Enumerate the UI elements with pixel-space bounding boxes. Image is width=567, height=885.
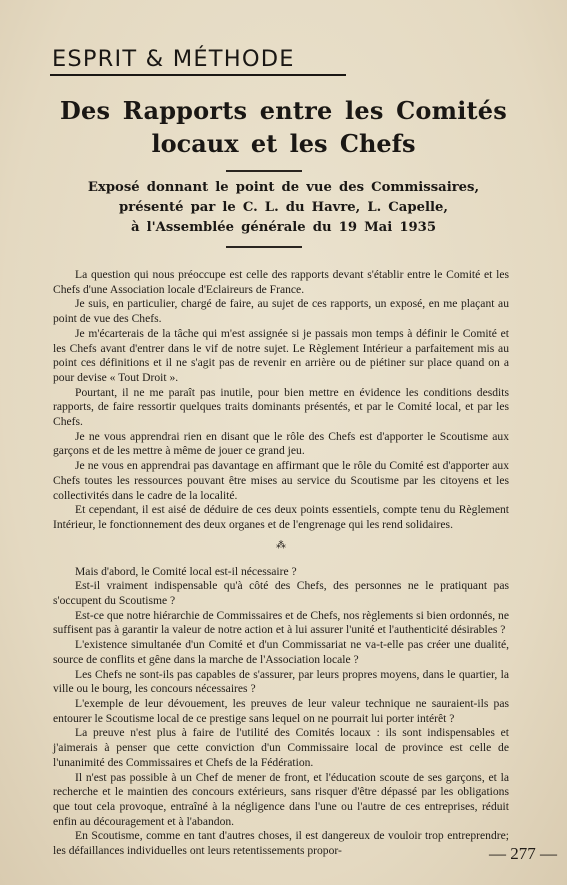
article-body: La question qui nous préoccupe est celle… (53, 268, 509, 859)
article-subtitle: Exposé donnant le point de vue des Commi… (40, 178, 527, 238)
paragraph: Est-il vraiment indispensable qu'à côté … (53, 579, 509, 608)
paragraph: L'existence simultanée d'un Comité et d'… (53, 638, 509, 667)
paragraph: La question qui nous préoccupe est celle… (53, 268, 509, 297)
paragraph: Je ne vous apprendrai rien en disant que… (53, 430, 509, 459)
paragraph: Il n'est pas possible à un Chef de mener… (53, 771, 509, 830)
paragraph: Est-ce que notre hiérarchie de Commissai… (53, 609, 509, 638)
title-line-1: Des Rapports entre les Comités (40, 94, 527, 127)
paragraph: La preuve n'est plus à faire de l'utilit… (53, 726, 509, 770)
article-title: Des Rapports entre les Comités locaux et… (40, 94, 527, 160)
rubric-underline (50, 74, 346, 76)
asterism-separator: ⁂ (53, 541, 509, 551)
paragraph: Et cependant, il est aisé de déduire de … (53, 503, 509, 532)
title-line-2: locaux et les Chefs (40, 127, 527, 160)
paragraph: Je ne vous en apprendrai pas davantage e… (53, 459, 509, 503)
paragraph: En Scoutisme, comme en tant d'autres cho… (53, 829, 509, 858)
title-divider (226, 170, 302, 172)
subtitle-line: à l'Assemblée générale du 19 Mai 1935 (40, 218, 527, 238)
document-page: ESPRIT & MÉTHODE Des Rapports entre les … (0, 0, 567, 885)
subtitle-divider (226, 246, 302, 248)
paragraph: Pourtant, il ne me paraît pas inutile, p… (53, 386, 509, 430)
paragraph: Mais d'abord, le Comité local est-il néc… (53, 565, 509, 580)
subtitle-line: présenté par le C. L. du Havre, L. Capel… (40, 198, 527, 218)
page-number: — 277 — (489, 844, 557, 864)
paragraph: Les Chefs ne sont-ils pas capables de s'… (53, 668, 509, 697)
subtitle-line: Exposé donnant le point de vue des Commi… (40, 178, 527, 198)
paragraph: Je m'écarterais de la tâche qui m'est as… (53, 327, 509, 386)
section-rubric: ESPRIT & MÉTHODE (52, 46, 295, 72)
paragraph: Je suis, en particulier, chargé de faire… (53, 297, 509, 326)
paragraph: L'exemple de leur dévouement, les preuve… (53, 697, 509, 726)
